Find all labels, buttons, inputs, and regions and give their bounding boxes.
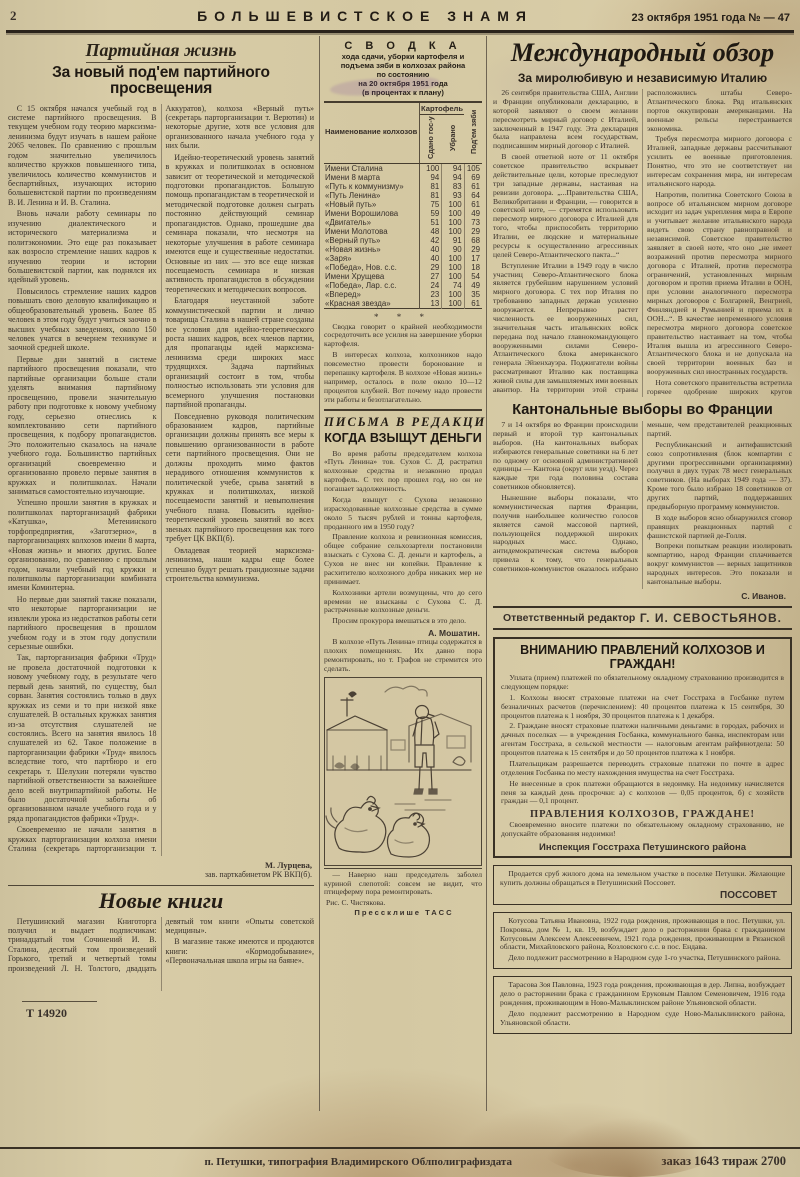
svodka-col-zyab-label: Под'ем зяби [469, 110, 478, 154]
paragraph: Республиканский и антифашистский союз со… [647, 441, 792, 512]
divorce-notice-1-court: Дело подлежит рассмотрению в Народном су… [500, 954, 785, 963]
paragraph: Повседневно руководя политическим образо… [166, 412, 315, 544]
divorce-notice-1: Котусова Татьяна Ивановна, 1922 года рож… [493, 912, 792, 969]
divorce-notice-2-court: Дело подлежит рассмотрению в Народном су… [500, 1010, 785, 1028]
paragraph: Не внесенные в срок платежи обращаются в… [501, 780, 784, 807]
insurance-body: Уплата (прием) платежей по обязательному… [501, 674, 784, 806]
insurance-appeal: Своевременно вносите платежи по обязател… [501, 821, 784, 839]
svodka-title: С В О Д К А [324, 40, 482, 52]
newspaper-page: 2 БОЛЬШЕВИСТСКОЕ ЗНАМЯ 23 октября 1951 г… [0, 0, 800, 1177]
svodka-row: «Верный путь»429168 [324, 236, 482, 245]
paragraph: Во время работы председателем колхоза «П… [324, 450, 482, 494]
cartoon-credit-agency: Прессклише ТАСС [326, 909, 482, 918]
cartoon-intro: В колхозе «Путь Ленина» птицы содержатся… [324, 638, 482, 674]
paragraph: Вопреки попыткам реакции изолировать ком… [647, 542, 792, 586]
svodka-row: «Заря»4010017 [324, 254, 482, 263]
issue-date: 23 октября 1951 года № — 47 [600, 12, 790, 24]
svodka-subtitle-4: на 20 октября 1951 года [324, 79, 482, 88]
article-headline: За новый под'ем партийного просвещения [8, 65, 314, 98]
svodka-table-header: Наименование колхозов Картофель Под'ем з… [324, 102, 482, 164]
cartoon-credit-artist: Рис. С. Чистякова. [326, 899, 482, 908]
editor-label: Ответственный редактор [503, 612, 635, 624]
svodka-row: «Новый путь»7510061 [324, 200, 482, 209]
svodka-subtitle-1: хода сдачи, уборки картофеля и [324, 52, 482, 61]
svodka-col-zyab: Под'ем зяби [464, 102, 482, 164]
svodka-col-ubrano-label: Убрано [448, 116, 457, 160]
paragraph: Плательщикам разрешается переводить стра… [501, 760, 784, 778]
paragraph: Первые дни занятий в системе партийного … [8, 355, 157, 497]
cartoon-intro-text: В колхозе «Путь Ленина» птицы содержатся… [324, 638, 482, 674]
france-subheadline: Кантональные выборы во Франции [493, 402, 792, 418]
paragraph: Сводка говорит о крайней необходимости с… [324, 323, 482, 350]
svodka-subtitle-2: подъема зяби в колхозах района [324, 61, 482, 70]
svodka-row: «Победа», Нов. с.с.2910018 [324, 263, 482, 272]
newspaper-title: БОЛЬШЕВИСТСКОЕ ЗНАМЯ [197, 8, 533, 24]
paragraph: Когда взыщут с Сухова незаконно израсход… [324, 496, 482, 532]
paragraph: Так, парторганизация фабрики «Труд» не п… [8, 653, 157, 823]
cartoon-illustration [324, 677, 482, 866]
cartoon-caption-text: — Наверно наш председатель заболел курин… [324, 871, 482, 898]
paragraph: Вновь начали работу семинары по изучению… [8, 209, 157, 285]
svodka-row: «Двигатель»5110073 [324, 218, 482, 227]
imprint-typography: п. Петушки, типография Владимирского Обл… [204, 1156, 512, 1168]
divorce-notice-1-text: Котусова Татьяна Ивановна, 1922 года рож… [500, 917, 785, 953]
svodka-col-sdano: Сдано гос-у [419, 114, 441, 163]
svodka-row: Имени Сталина10094105 [324, 163, 482, 173]
paragraph: Просим прокурора вмешаться в это дело. [324, 617, 482, 626]
letter-headline: КОГДА ВЗЫЩУТ ДЕНЬГИ [324, 432, 482, 445]
svodka-col-name: Наименование колхозов [324, 102, 419, 164]
france-signature: С. Иванов. [493, 591, 786, 601]
letters-section-heading: ПИСЬМА В РЕДАКЦИЮ [324, 409, 482, 430]
page-number: 2 [10, 8, 130, 24]
sale-notice-text: Продается сруб жилого дома на земельном … [500, 870, 785, 888]
party-life-section: Партийная жизнь За новый под'ем партийно… [0, 36, 320, 1111]
italy-article-body: 26 сентября правительства США, Англии и … [493, 89, 792, 397]
editor-line: Ответственный редактор Г. И. СЕВОСТЬЯНОВ… [493, 606, 792, 630]
sale-notice-body: Продается сруб жилого дома на земельном … [500, 870, 785, 888]
svodka-subtitle-3: по состоянию [324, 70, 482, 79]
paragraph: 7 и 14 октября во Франции происходили пе… [493, 421, 638, 492]
svodka-table: Наименование колхозов Картофель Под'ем з… [324, 101, 482, 309]
international-section: Международный обзор За миролюбивую и нез… [487, 36, 800, 1111]
svodka-row: «Вперед»2310035 [324, 290, 482, 299]
section-label-text: Партийная жизнь [86, 40, 237, 60]
censor-number: Т 14920 [22, 1001, 97, 1021]
article-signature-role: зав. парткабинетом РК ВКП(б). [8, 870, 312, 879]
new-books-section: Новые книги Петушинский магазин Книготор… [8, 885, 314, 991]
paragraph: В магазине также имеются и продаются кни… [166, 937, 315, 965]
new-books-headline: Новые книги [8, 888, 314, 914]
paragraph: С 15 октября начался учебный год в систе… [8, 104, 157, 208]
masthead-row: 2 БОЛЬШЕВИСТСКОЕ ЗНАМЯ 23 октября 1951 г… [0, 0, 800, 28]
cartoon-caption: — Наверно наш председатель заболел курин… [324, 868, 482, 918]
paragraph: Благодаря неустанной заботе коммунистиче… [166, 296, 315, 409]
svodka-row: «Новая жизнь»409029 [324, 245, 482, 254]
insurance-notice: ВНИМАНИЮ ПРАВЛЕНИЙ КОЛХОЗОВ И ГРАЖДАН! У… [493, 637, 792, 858]
cartoon-drawing [325, 678, 473, 860]
paragraph: 26 сентября правительства США, Англии и … [493, 89, 638, 151]
svodka-table-body: Имени Сталина10094105Имени 8 марта949469… [324, 163, 482, 308]
paragraph: Повысилось стремление наших кадров повыш… [8, 287, 157, 353]
svodka-title-block: С В О Д К А хода сдачи, уборки картофеля… [324, 40, 482, 98]
svodka-row: Имени 8 марта949469 [324, 173, 482, 182]
insurance-headline: ВНИМАНИЮ ПРАВЛЕНИЙ КОЛХОЗОВ И ГРАЖДАН! [501, 643, 784, 671]
masthead-rule [6, 30, 794, 33]
sale-notice: Продается сруб жилого дома на земельном … [493, 865, 792, 905]
svodka-row: «Победа», Лар. с.с.247449 [324, 281, 482, 290]
divorce-notice-1-body: Котусова Татьяна Ивановна, 1922 года рож… [500, 917, 785, 963]
svodka-commentary: Сводка говорит о крайней необходимости с… [324, 323, 482, 405]
svodka-row: «Путь Ленина»819364 [324, 191, 482, 200]
svodka-column: С В О Д К А хода сдачи, уборки картофеля… [320, 36, 487, 1111]
letter-body: Во время работы председателем колхоза «П… [324, 450, 482, 627]
paragraph: Напротив, политика Советского Союза в во… [647, 191, 792, 377]
section-label-underline [86, 62, 236, 63]
divorce-notice-2-text: Тарасова Зоя Павловна, 1923 года рождени… [500, 981, 785, 1008]
editor-name: Г. И. СЕВОСТЬЯНОВ. [640, 611, 782, 625]
paragraph: Идейно-теоретический уровень занятий в к… [166, 153, 315, 295]
svodka-row: Имени Молотова4810029 [324, 227, 482, 236]
svodka-col-sdano-label: Сдано гос-у [426, 116, 435, 160]
insurance-subhead: ПРАВЛЕНИЯ КОЛХОЗОВ, ГРАЖДАНЕ! [501, 809, 784, 820]
paragraph: Уплата (прием) платежей по обязательному… [501, 674, 784, 692]
divorce-notice-2-body: Тарасова Зоя Павловна, 1923 года рождени… [500, 981, 785, 1027]
paragraph: Успешно прошли занятия в кружках и полит… [8, 498, 157, 592]
new-books-body: Петушинский магазин Книготорга получил и… [8, 917, 314, 991]
separator-stars: * * * [324, 312, 482, 322]
section-label: Партийная жизнь [8, 40, 314, 63]
paragraph: В интересах колхоза, колхозников надо по… [324, 351, 482, 404]
svodka-group-header: Картофель [419, 102, 464, 115]
insurance-appeal-text: Своевременно вносите платежи по обязател… [501, 821, 784, 839]
svodka-row: «Красная звезда»1310061 [324, 299, 482, 309]
paragraph: Колхозники артели возмущены, что до сего… [324, 589, 482, 616]
svodka-row: «Путь к коммунизму»818361 [324, 182, 482, 191]
paragraph: В ходе выборов ясно обнаружился сговор п… [647, 514, 792, 541]
paragraph: 1. Колхозы вносят страховые платежи на с… [501, 694, 784, 721]
paragraph: 2. Граждане вносят страховые платежи нал… [501, 722, 784, 758]
italy-subheadline: За миролюбивую и независимую Италию [493, 71, 792, 85]
article-signature: М. Лурцева, [8, 860, 312, 870]
paragraph: Но первые дни занятий также показали, чт… [8, 595, 157, 652]
paragraph: В своей ответной ноте от 11 октября сове… [493, 153, 638, 260]
paragraph: Правление колхоза и ревизионная комиссия… [324, 533, 482, 586]
imprint-order: заказ 1643 тираж 2700 [661, 1154, 786, 1169]
paragraph: Овладевая теорией марксизма-ленинизма, н… [166, 546, 315, 584]
international-headline: Международный обзор [493, 38, 792, 68]
svodka-col-ubrano: Убрано [442, 114, 464, 163]
svodka-subtitle-5: (в процентах к плану) [324, 88, 482, 97]
article-body: С 15 октября начался учебный год в систе… [8, 104, 314, 856]
svodka-row: Имени Хрущева2710054 [324, 272, 482, 281]
france-article-body: 7 и 14 октября во Франции происходили пе… [493, 421, 792, 589]
paragraph: Требуя пересмотра мирного договора с Ита… [647, 135, 792, 188]
divorce-notice-2: Тарасова Зоя Павловна, 1923 года рождени… [493, 976, 792, 1033]
insurance-signature: Инспекция Госстраха Петушинского района [501, 842, 784, 853]
page-columns: Партийная жизнь За новый под'ем партийно… [0, 36, 800, 1111]
sale-notice-signature: ПОССОВЕТ [500, 890, 777, 901]
imprint-row: Т 14920 п. Петушки, типография Владимирс… [0, 1147, 800, 1169]
svodka-row: Имени Ворошилова5910049 [324, 209, 482, 218]
